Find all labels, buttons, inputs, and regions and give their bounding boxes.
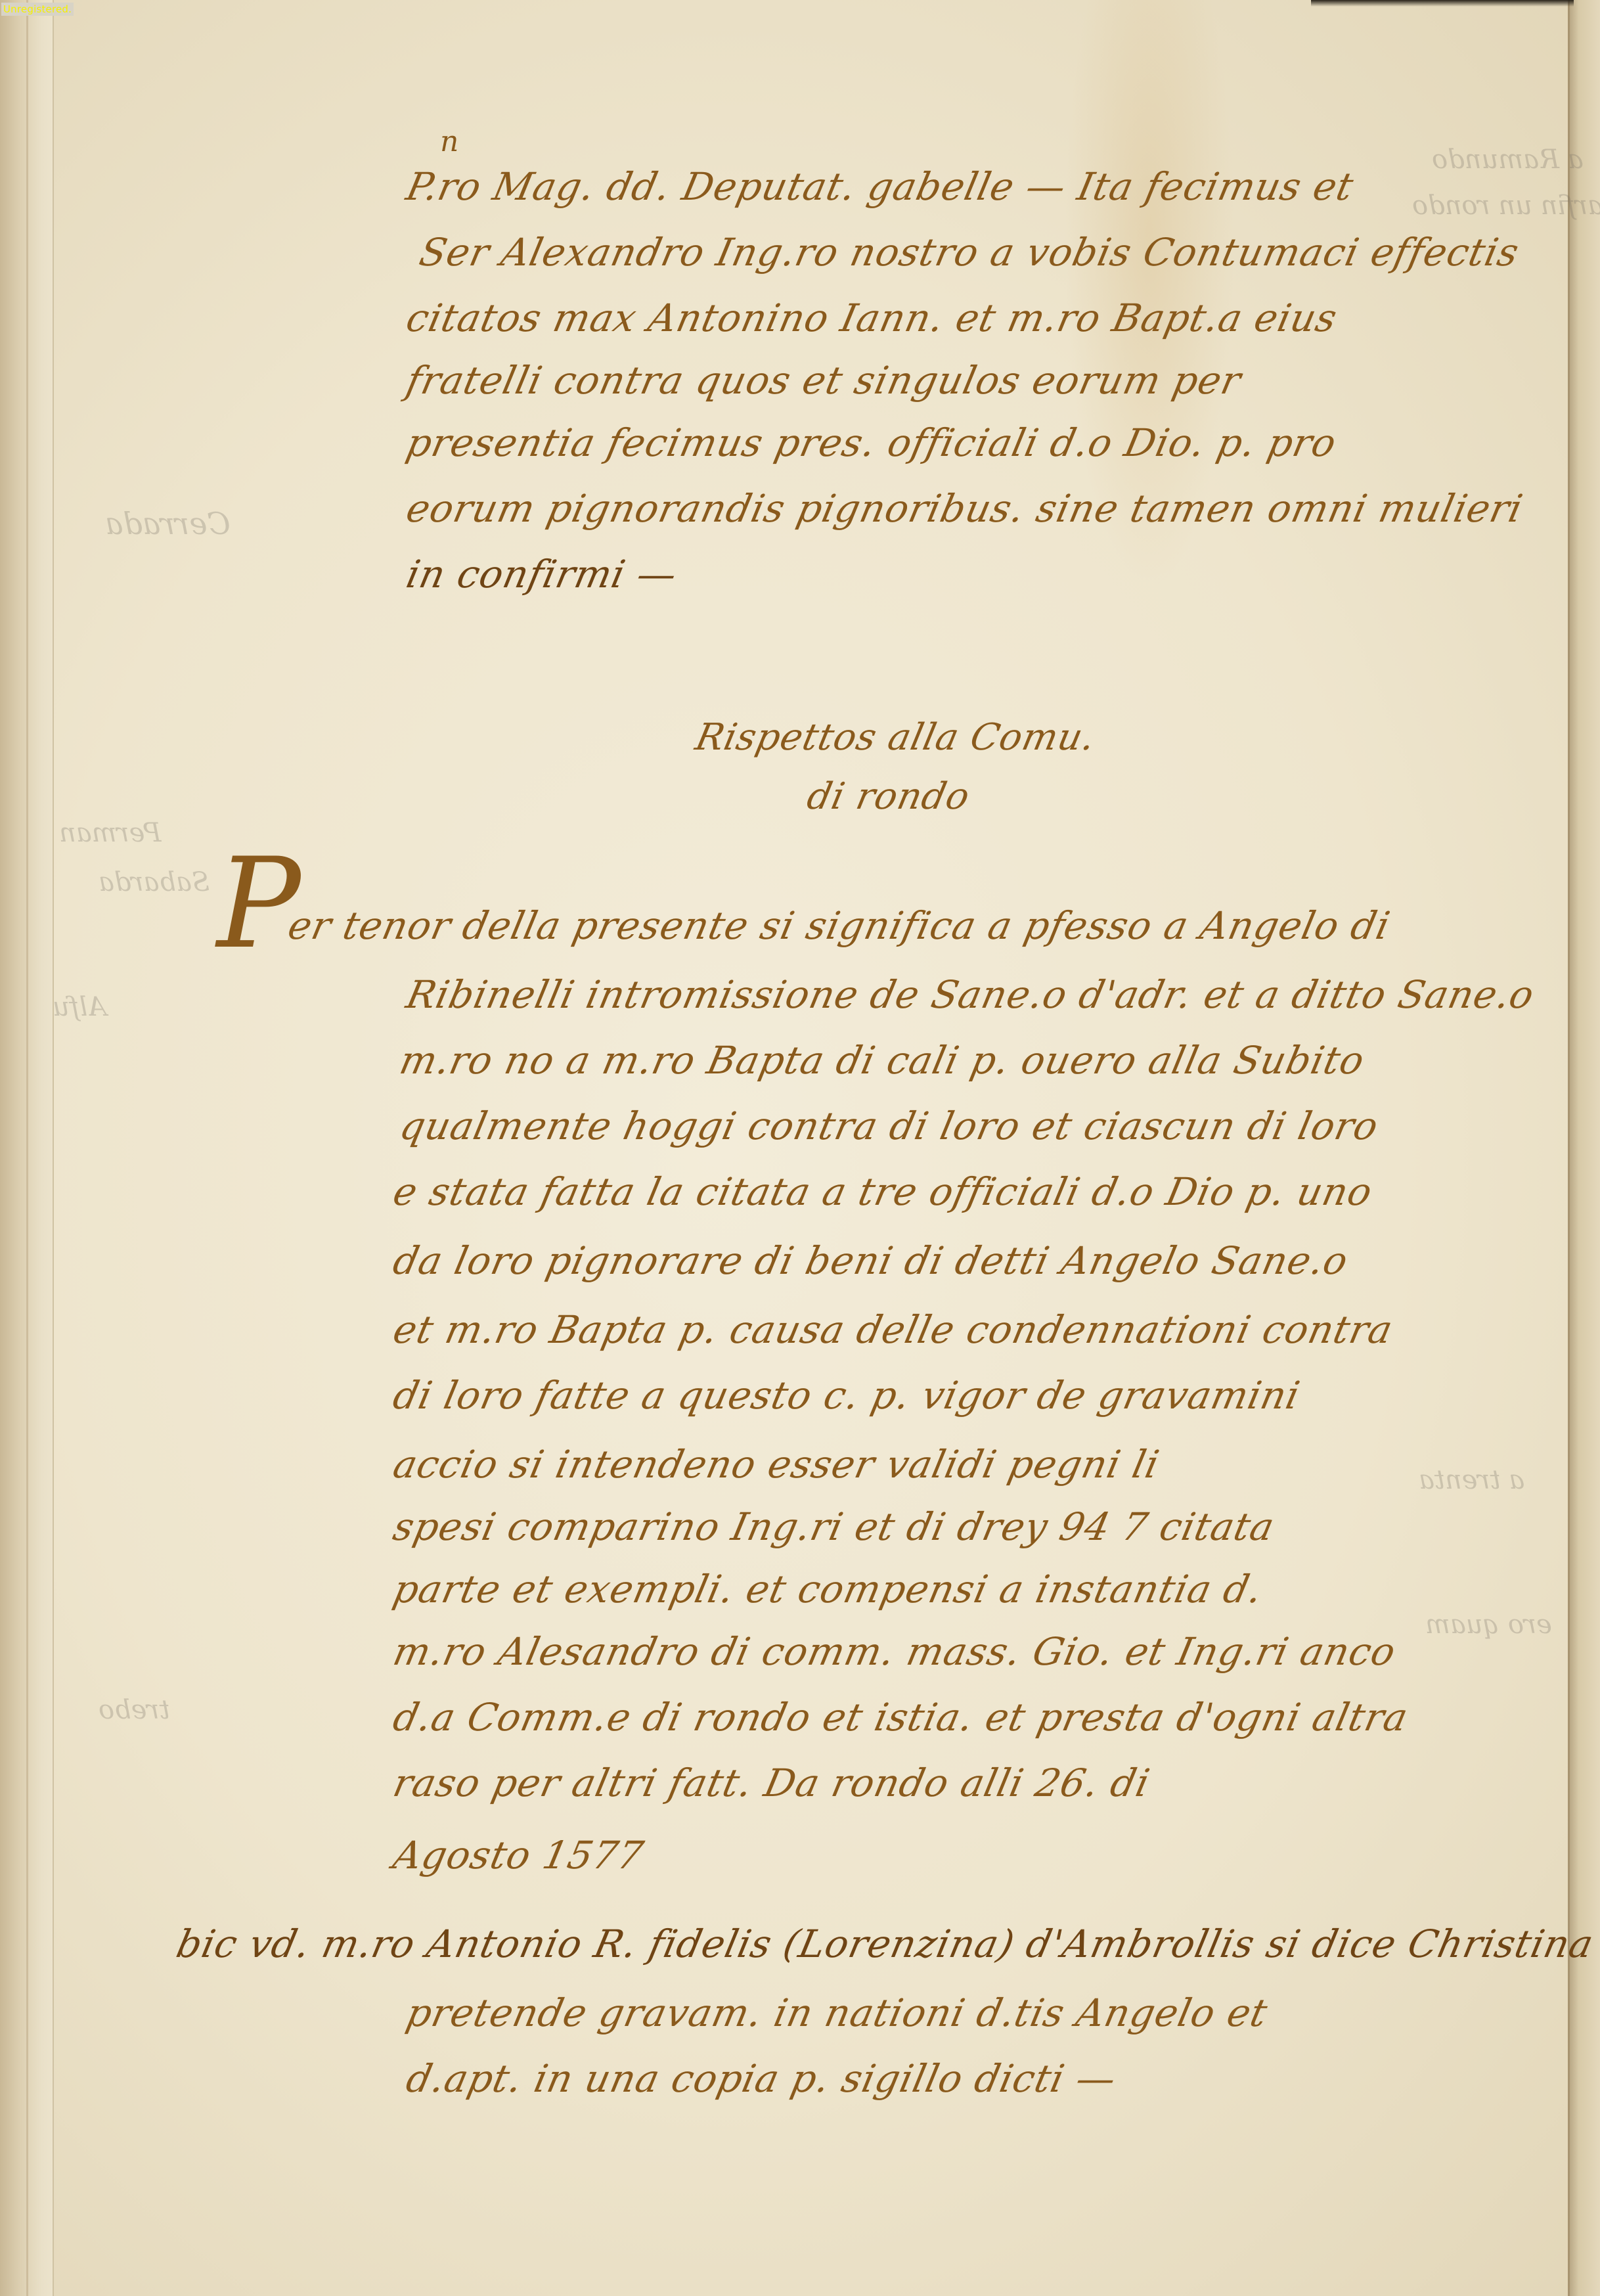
top-note-line: Ser Alexandro Ing.ro nostro a vobis Cont… (416, 230, 1523, 275)
manuscript-text: n P.ro Mag. dd. Deputat. gabelle — Ita f… (0, 0, 1600, 2296)
body-line: parte et exempli. et compensi a instanti… (389, 1567, 1267, 1611)
top-note-line: fratelli contra quos et singulos eorum p… (403, 358, 1245, 403)
heading-line: Rispettos alla Comu. (692, 716, 1100, 759)
heading-line: di rondo (803, 775, 973, 818)
body-line: Ribinelli intromissione de Sane.o d'adr.… (403, 972, 1538, 1017)
body-line: qualmente hoggi contra di loro et ciascu… (396, 1104, 1383, 1148)
body-line: et m.ro Bapta p. causa delle condennatio… (389, 1307, 1397, 1352)
top-note-line: eorum pignorandis pignoribus. sine tamen… (403, 486, 1527, 531)
date-line: Agosto 1577 (389, 1833, 648, 1878)
body-line: da loro pignorare di beni di detti Angel… (389, 1238, 1352, 1283)
superscript-mark: n (440, 125, 458, 158)
body-line: e stata fatta la citata a tre officiali … (389, 1169, 1377, 1214)
body-line: accio si intendeno esser validi pegni li (389, 1442, 1164, 1487)
top-note-line: in confirmi — (403, 552, 681, 597)
body-line: raso per altri fatt. Da rondo alli 26. d… (389, 1761, 1154, 1805)
signature-line: pretende gravam. in nationi d.tis Angelo… (403, 1991, 1272, 2035)
body-line: spesi comparino Ing.ri et di drey 94 7 c… (389, 1504, 1279, 1549)
top-note-line: P.ro Mag. dd. Deputat. gabelle — Ita fec… (403, 164, 1358, 209)
body-line: er tenor della presente si significa a p… (284, 903, 1394, 948)
signature-line: d.apt. in una copia p. sigillo dicti — (403, 2056, 1121, 2101)
body-line: m.ro no a m.ro Bapta di cali p. ouero al… (396, 1038, 1369, 1083)
body-line: di loro fatte a questo c. p. vigor de gr… (389, 1373, 1304, 1418)
body-line: m.ro Alesandro di comm. mass. Gio. et In… (389, 1629, 1400, 1674)
signature-line: bic vd. m.ro Antonio R. fidelis (Lorenzi… (173, 1922, 1598, 1966)
decorated-initial: P (217, 831, 301, 976)
body-line: d.a Comm.e di rondo et istia. et presta … (389, 1695, 1412, 1740)
top-note-line: citatos max Antonino Iann. et m.ro Bapt.… (403, 296, 1341, 340)
manuscript-scan: Cerrada Sabarda Perman Alfu trebo a Ramu… (0, 0, 1600, 2296)
top-note-line: presentia fecimus pres. officiali d.o Di… (403, 420, 1341, 465)
